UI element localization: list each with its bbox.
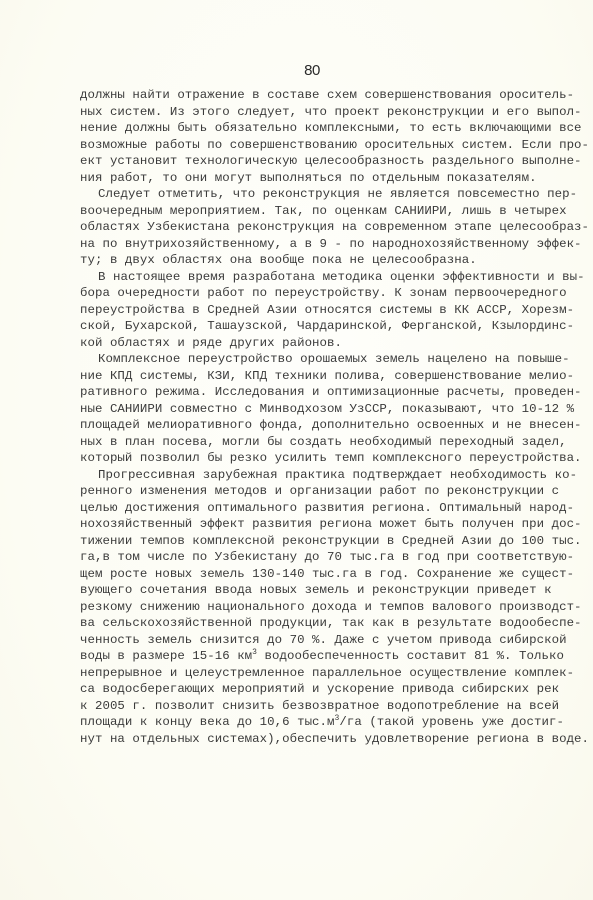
text-line: са водосберегающих мероприятий и ускорен… bbox=[80, 681, 560, 698]
line-text: областях Узбекистана реконструкция на со… bbox=[80, 220, 589, 234]
page-number: 80 bbox=[0, 62, 593, 79]
line-text: воочередным мероприятием. Так, по оценка… bbox=[80, 204, 567, 218]
line-text: площадей мелиоративного фонда, дополните… bbox=[80, 418, 582, 432]
line-text: вующего сочетания ввода новых земель и р… bbox=[80, 583, 552, 597]
line-text: целью достижения оптимального развития р… bbox=[80, 501, 574, 515]
text-line: возможные работы по совершенствованию ор… bbox=[80, 137, 560, 154]
line-text: нение должны быть обязательно комплексны… bbox=[80, 121, 582, 135]
line-text: Прогрессивная зарубежная практика подтве… bbox=[98, 468, 577, 482]
text-line: нохозяйственный эффект развития региона … bbox=[80, 516, 560, 533]
line-text: щем росте новых земель 130-140 тыс.га в … bbox=[80, 567, 574, 581]
paragraph-first-line: В настоящее время разработана методика о… bbox=[80, 269, 560, 286]
line-text: ративного режима. Исследования и оптимиз… bbox=[80, 385, 582, 399]
line-text: ту; в двух областях она вообще пока не ц… bbox=[80, 253, 477, 267]
text-line: бора очередности работ по переустройству… bbox=[80, 285, 560, 302]
line-text: площади к концу века до 10,6 тыс.м bbox=[80, 715, 335, 729]
text-line: ту; в двух областях она вообще пока не ц… bbox=[80, 252, 560, 269]
text-line: воды в размере 15-16 км3 водообеспеченно… bbox=[80, 648, 560, 665]
text-line: областях Узбекистана реконструкция на со… bbox=[80, 219, 560, 236]
paragraph-first-line: Прогрессивная зарубежная практика подтве… bbox=[80, 467, 560, 484]
text-line: ные САНИИРИ совместно с Минводхозом УзСС… bbox=[80, 401, 560, 418]
line-text: к 2005 г. позволит снизить безвозвратное… bbox=[80, 699, 559, 713]
line-text-continued: водообеспеченность составит 81 %. Только bbox=[257, 649, 564, 663]
line-text: нохозяйственный эффект развития региона … bbox=[80, 517, 582, 531]
line-text: ных систем. Из этого следует, что проект… bbox=[80, 105, 582, 119]
text-line: щем росте новых земель 130-140 тыс.га в … bbox=[80, 566, 560, 583]
text-line: ных систем. Из этого следует, что проект… bbox=[80, 104, 560, 121]
text-line: ренного изменения методов и организации … bbox=[80, 483, 560, 500]
text-line: на по внутрихозяйственному, а в 9 - по н… bbox=[80, 236, 560, 253]
line-text: В настоящее время разработана методика о… bbox=[98, 270, 585, 284]
line-text-continued: /га (такой уровень уже достиг- bbox=[339, 715, 564, 729]
text-line: ченность земель снизится до 70 %. Даже с… bbox=[80, 632, 560, 649]
line-text: возможные работы по совершенствованию ор… bbox=[80, 138, 589, 152]
line-text: на по внутрихозяйственному, а в 9 - по н… bbox=[80, 237, 582, 251]
line-text: ние КПД системы, КЗИ, КПД техники полива… bbox=[80, 369, 574, 383]
line-text: должны найти отражение в составе схем со… bbox=[80, 88, 574, 102]
line-text: Следует отметить, что реконструкция не я… bbox=[98, 187, 577, 201]
line-text: нут на отдельных системах),обеспечить уд… bbox=[80, 732, 589, 746]
line-text: ской, Бухарской, Ташаузской, Чардаринско… bbox=[80, 319, 574, 333]
text-line: ской, Бухарской, Ташаузской, Чардаринско… bbox=[80, 318, 560, 335]
text-line: резкому снижению национального дохода и … bbox=[80, 599, 560, 616]
line-text: который позволил бы резко усилить темп к… bbox=[80, 451, 582, 465]
text-line: непрерывное и целеустремленное параллель… bbox=[80, 665, 560, 682]
line-text: резкому снижению национального дохода и … bbox=[80, 600, 582, 614]
text-line: тижении темпов комплексной реконструкции… bbox=[80, 533, 560, 550]
text-line: целью достижения оптимального развития р… bbox=[80, 500, 560, 517]
text-line: ект установит технологическую целесообра… bbox=[80, 153, 560, 170]
text-line: вующего сочетания ввода новых земель и р… bbox=[80, 582, 560, 599]
line-text: переустройства в Средней Азии относятся … bbox=[80, 303, 574, 317]
line-text: ренного изменения методов и организации … bbox=[80, 484, 559, 498]
text-line: ние КПД системы, КЗИ, КПД техники полива… bbox=[80, 368, 560, 385]
line-text: кой областях и ряде других районов. bbox=[80, 336, 342, 350]
line-text: ных в план посева, могли бы создать необ… bbox=[80, 435, 567, 449]
line-text: га,в том числе по Узбекистану до 70 тыс.… bbox=[80, 550, 574, 564]
line-text: ект установит технологическую целесообра… bbox=[80, 154, 582, 168]
line-text: тижении темпов комплексной реконструкции… bbox=[80, 534, 582, 548]
text-line: который позволил бы резко усилить темп к… bbox=[80, 450, 560, 467]
line-text: воды в размере 15-16 км bbox=[80, 649, 252, 663]
text-line: нут на отдельных системах),обеспечить уд… bbox=[80, 731, 560, 748]
text-line: площади к концу века до 10,6 тыс.м3/га (… bbox=[80, 714, 560, 731]
line-text: непрерывное и целеустремленное параллель… bbox=[80, 666, 574, 680]
text-line: должны найти отражение в составе схем со… bbox=[80, 87, 560, 104]
line-text: са водосберегающих мероприятий и ускорен… bbox=[80, 682, 559, 696]
line-text: бора очередности работ по переустройству… bbox=[80, 286, 567, 300]
text-line: га,в том числе по Узбекистану до 70 тыс.… bbox=[80, 549, 560, 566]
paragraph-first-line: Следует отметить, что реконструкция не я… bbox=[80, 186, 560, 203]
line-text: ченность земель снизится до 70 %. Даже с… bbox=[80, 633, 567, 647]
text-line: нение должны быть обязательно комплексны… bbox=[80, 120, 560, 137]
line-text: ные САНИИРИ совместно с Минводхозом УзСС… bbox=[80, 402, 574, 416]
text-line: воочередным мероприятием. Так, по оценка… bbox=[80, 203, 560, 220]
body-text: должны найти отражение в составе схем со… bbox=[80, 87, 560, 747]
text-line: переустройства в Средней Азии относятся … bbox=[80, 302, 560, 319]
line-text: ния работ, то они могут выполняться по о… bbox=[80, 171, 537, 185]
text-line: ния работ, то они могут выполняться по о… bbox=[80, 170, 560, 187]
text-line: ративного режима. Исследования и оптимиз… bbox=[80, 384, 560, 401]
text-line: кой областях и ряде других районов. bbox=[80, 335, 560, 352]
line-text: ва сельскохозяйственной продукции, так к… bbox=[80, 616, 582, 630]
line-text: Комплексное переустройство орошаемых зем… bbox=[98, 352, 570, 366]
text-line: площадей мелиоративного фонда, дополните… bbox=[80, 417, 560, 434]
text-line: ва сельскохозяйственной продукции, так к… bbox=[80, 615, 560, 632]
paragraph-first-line: Комплексное переустройство орошаемых зем… bbox=[80, 351, 560, 368]
document-page: 80 должны найти отражение в составе схем… bbox=[0, 0, 593, 900]
text-line: к 2005 г. позволит снизить безвозвратное… bbox=[80, 698, 560, 715]
text-line: ных в план посева, могли бы создать необ… bbox=[80, 434, 560, 451]
